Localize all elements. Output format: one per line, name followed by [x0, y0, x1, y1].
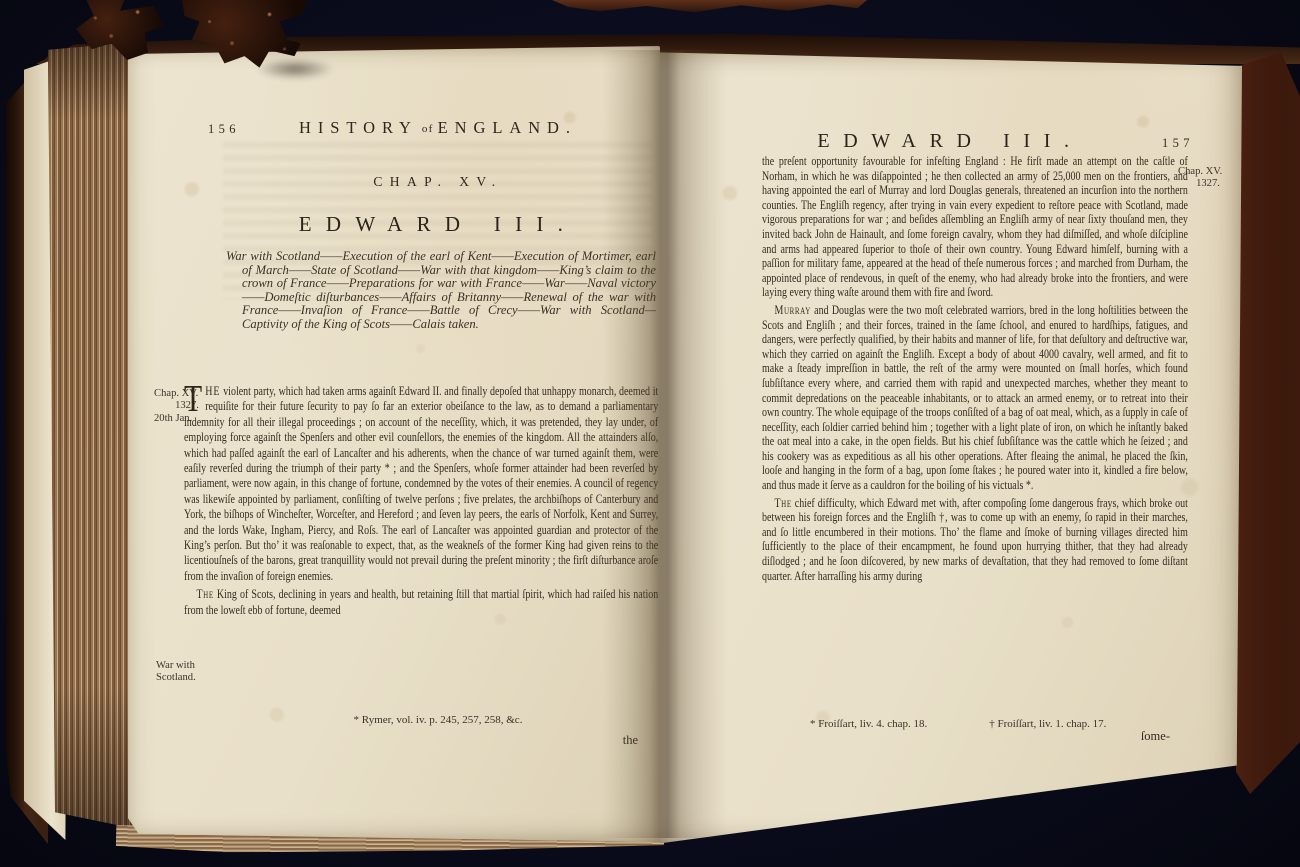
page-number-right: 157: [1162, 136, 1194, 151]
right-page: EDWARD III. 157 Chap. XV. 1327. the preſ…: [660, 50, 1242, 845]
running-title-word1: HISTORY: [299, 118, 418, 137]
paragraph-lead: The: [196, 587, 213, 601]
paragraph-text: and Douglas were the two moſt celebrated…: [762, 303, 1188, 492]
paragraph-text: chief difficulty, which Edward met with,…: [762, 496, 1188, 583]
running-title-word2: ENGLAND.: [438, 118, 577, 137]
page-number-left: 156: [208, 122, 240, 137]
body-paragraph-3: The chief difficulty, which Edward met w…: [762, 496, 1188, 584]
footnote-left: * Rymer, vol. iv. p. 245, 257, 258, &c.: [258, 714, 618, 726]
paragraph-text: violent party, which had taken arms agai…: [184, 384, 658, 583]
running-title-right: EDWARD III.: [750, 130, 1150, 153]
chapter-heading: CHAP. XV.: [258, 174, 618, 190]
clasp-shadow: [255, 58, 335, 80]
running-title-of: of: [422, 123, 434, 135]
book-foredge-stack: [48, 42, 136, 828]
margin-note-war-with-scotland: War with Scotland.: [156, 660, 220, 685]
footnote-right-1: * Froiſſart, liv. 4. chap. 18.: [810, 718, 927, 730]
left-page: 156 HISTORY of ENGLAND. CHAP. XV. EDWARD…: [128, 46, 660, 842]
body-text-right: the preſent opportunity favourable for i…: [762, 154, 1188, 583]
paragraph-lead: The: [774, 496, 791, 510]
footnote-row-right: * Froiſſart, liv. 4. chap. 18. † Froiſſa…: [810, 714, 1106, 732]
paragraph-text: the preſent opportunity favourable for i…: [762, 154, 1188, 299]
footnote-right-2: † Froiſſart, liv. 1. chap. 17.: [989, 718, 1106, 730]
running-title-left: HISTORY of ENGLAND.: [258, 118, 618, 138]
paragraph-lead: HE: [205, 384, 220, 398]
chapter-title: EDWARD III.: [258, 212, 618, 237]
catchword-left: the: [578, 733, 638, 748]
book-photograph: { "photo": { "background_color": "#0a0c1…: [0, 0, 1300, 867]
catchword-right: ſome-: [1090, 729, 1170, 744]
body-text-left: THE violent party, which had taken arms …: [184, 384, 658, 618]
body-paragraph-1: THE violent party, which had taken arms …: [184, 384, 658, 584]
dropcap-letter: T: [184, 385, 202, 414]
margin-note-line: Scotland.: [156, 672, 220, 684]
argument-summary: War with Scotland——Execution of the earl…: [226, 250, 656, 331]
paragraph-lead: Murray: [774, 303, 810, 317]
paragraph-text: King of Scots, declining in years and he…: [184, 587, 658, 616]
margin-note-line: War with: [156, 660, 220, 672]
body-paragraph-2: Murray and Douglas were the two moſt cel…: [762, 303, 1188, 493]
body-paragraph-1: the preſent opportunity favourable for i…: [762, 154, 1188, 300]
body-paragraph-2: The King of Scots, declining in years an…: [184, 587, 658, 618]
book-right-board: [1236, 52, 1300, 794]
